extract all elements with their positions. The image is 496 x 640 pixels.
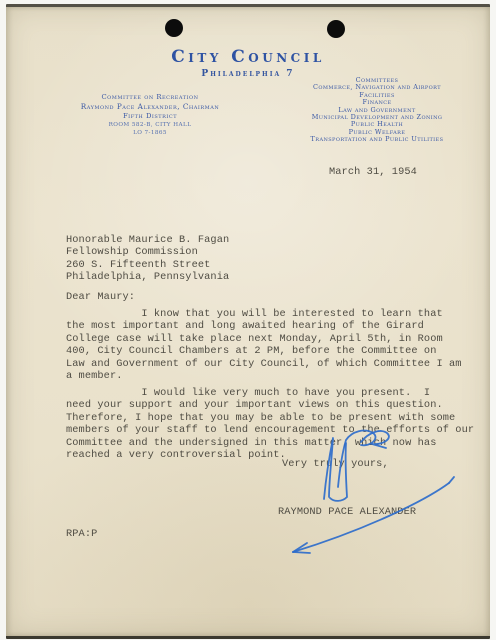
closing-line: Very truly yours, [282,458,389,470]
signature-typed-name: RAYMOND PACE ALEXANDER [278,506,416,518]
letter-page: City Council Philadelphia 7 Committee on… [6,4,490,639]
body-paragraph-1: I know that you will be interested to le… [66,308,462,382]
punch-hole-icon [327,20,345,38]
office-phone-line: LO 7-1865 [40,129,260,137]
office-room-line: ROOM 582-B, CITY HALL [40,121,260,129]
letterhead-committees-block: Committees Commerce, Navigation and Airp… [277,77,477,144]
typist-initials: RPA:P [66,528,97,540]
office-committee-line: Committee on Recreation [40,92,260,102]
body-paragraph-2: I would like very much to have you prese… [66,387,474,461]
recipient-address: Honorable Maurice B. Fagan Fellowship Co… [66,234,229,284]
letterhead-title: City Council [6,47,490,67]
scanned-letter: City Council Philadelphia 7 Committee on… [0,0,496,640]
office-chairman-line: Raymond Pace Alexander, Chairman [40,102,260,112]
letterhead-office-block: Committee on Recreation Raymond Pace Ale… [40,92,260,137]
office-district-line: Fifth District [40,112,260,121]
salutation: Dear Maury: [66,291,135,303]
letter-date: March 31, 1954 [329,166,417,178]
committee-item: Transportation and Public Utilities [277,136,477,143]
punch-hole-icon [165,19,183,37]
